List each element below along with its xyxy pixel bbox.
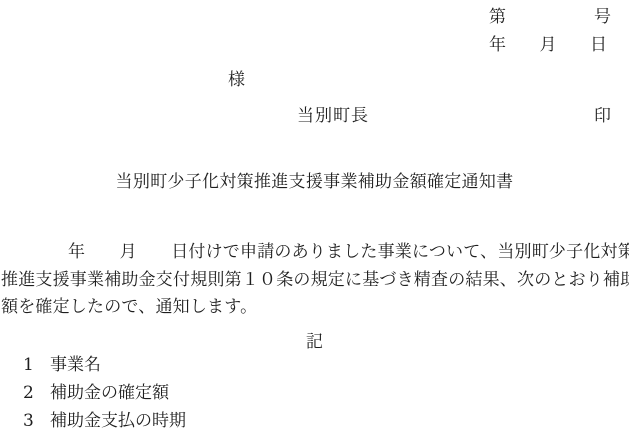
body-line: 推進支援事業補助金交付規則第１０条の規定に基づき精査の結果、次のとおり補助金 xyxy=(1,267,629,295)
list-item-number: 1 xyxy=(23,351,50,379)
sender-title: 当別町長 xyxy=(297,101,369,126)
list-item-number: 3 xyxy=(23,407,50,433)
list-item: 1事業名 xyxy=(23,351,186,379)
list-item-number: 2 xyxy=(23,379,50,407)
doc-number-prefix: 第 xyxy=(489,2,506,27)
date-day-label: 日 xyxy=(590,30,607,55)
date-month-label: 月 xyxy=(540,30,557,55)
body-line: 額を確定したので、通知します。 xyxy=(1,294,629,322)
list-item-label: 補助金支払の時期 xyxy=(50,411,186,431)
document-page: 第 号 年 月 日 様 当別町長 印 当別町少子化対策推進支援事業補助金額確定通… xyxy=(0,0,629,433)
item-list: 1事業名 2補助金の確定額 3補助金支払の時期 xyxy=(23,351,186,433)
body-line: 年 月 日付けで申請のありました事業について、当別町少子化対策 xyxy=(1,239,629,267)
doc-number-line: 第 号 xyxy=(489,2,611,27)
record-marker: 記 xyxy=(0,327,629,352)
list-item-label: 事業名 xyxy=(50,355,101,375)
date-line: 年 月 日 xyxy=(489,30,607,55)
list-item-label: 補助金の確定額 xyxy=(50,383,169,403)
doc-number-suffix: 号 xyxy=(594,2,611,27)
date-year-label: 年 xyxy=(489,30,506,55)
list-item: 2補助金の確定額 xyxy=(23,379,186,407)
list-item: 3補助金支払の時期 xyxy=(23,407,186,433)
body-paragraph: 年 月 日付けで申請のありました事業について、当別町少子化対策 推進支援事業補助… xyxy=(1,239,629,322)
recipient-honorific: 様 xyxy=(228,65,245,90)
document-title: 当別町少子化対策推進支援事業補助金額確定通知書 xyxy=(0,167,629,192)
seal-mark: 印 xyxy=(594,101,611,126)
